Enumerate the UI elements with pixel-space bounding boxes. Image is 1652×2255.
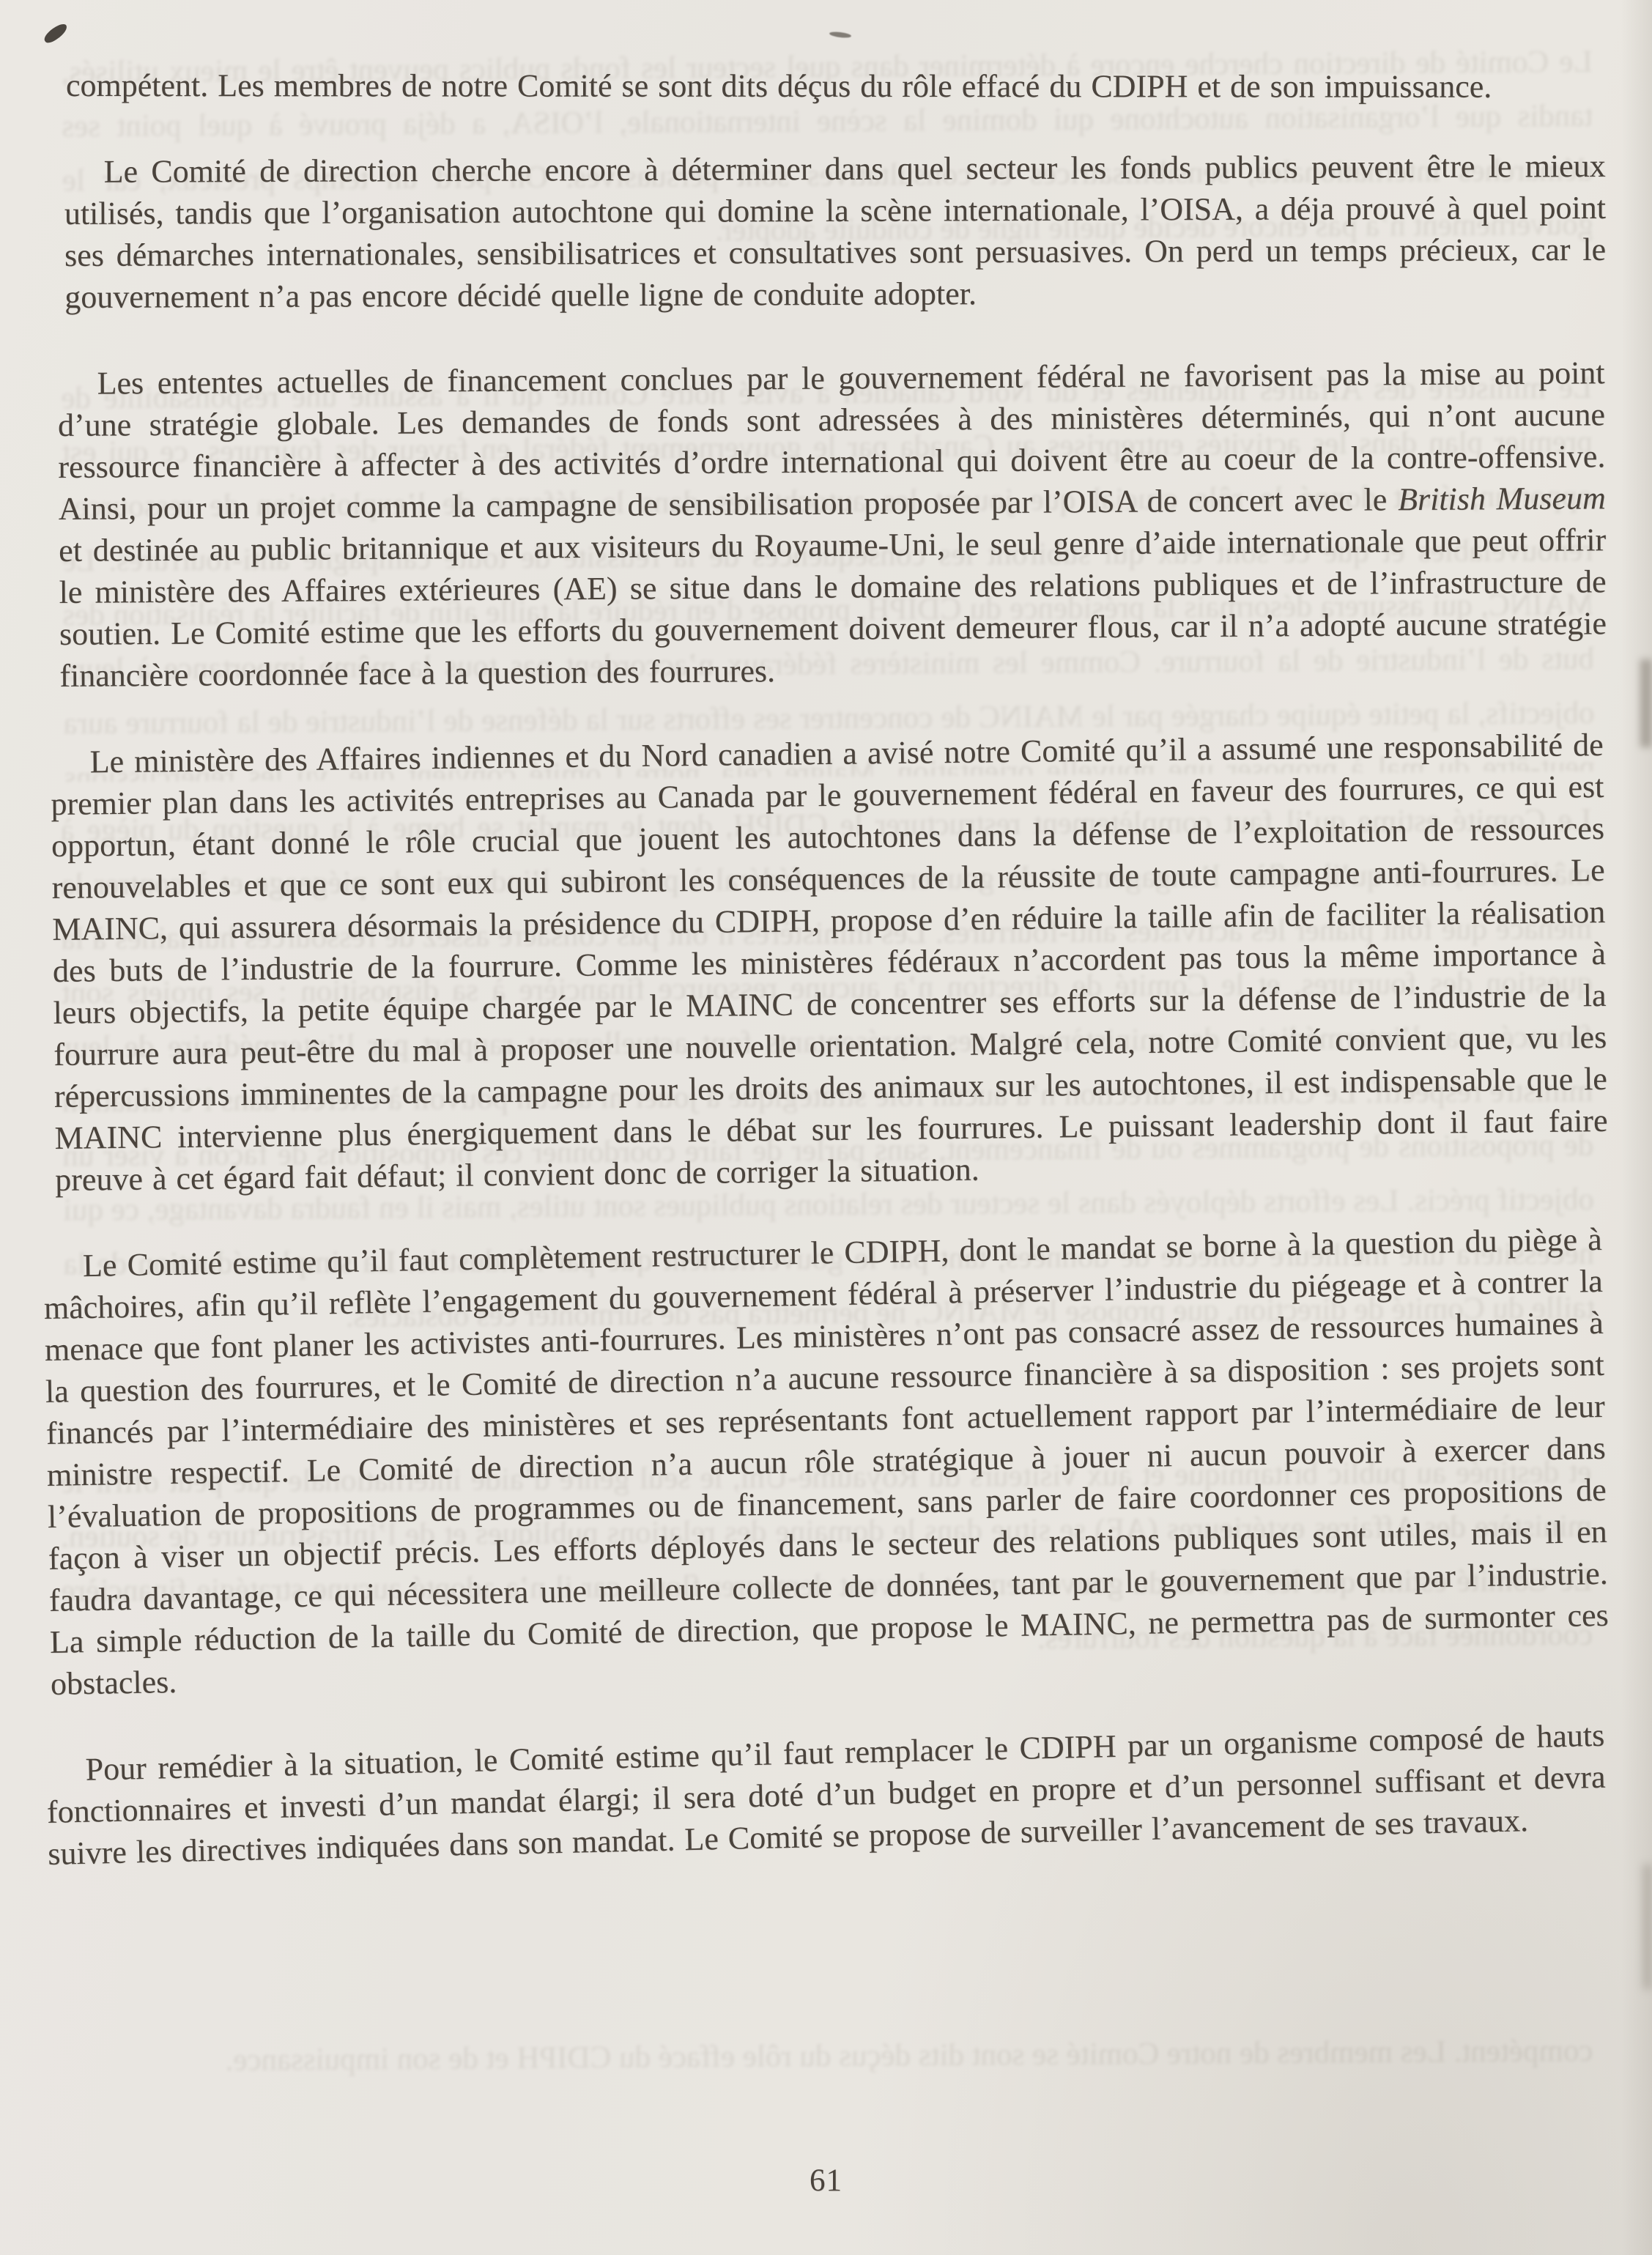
scan-edge-smudge (1643, 1865, 1652, 1989)
scan-speck (42, 21, 70, 45)
scan-speck (829, 31, 852, 39)
scanned-page: Le Comité de direction cherche encore à … (0, 0, 1652, 2255)
paragraph: Le Comité estime qu’il faut complètement… (43, 1218, 1610, 1705)
scan-edge-smudge (1640, 659, 1652, 747)
paragraph-text: et destinée au public britannique et aux… (59, 522, 1607, 694)
page-body: compétent. Les membres de notre Comité s… (47, 64, 1606, 1875)
paragraph: Le Comité de direction cherche encore à … (64, 145, 1607, 318)
italic-british-museum: British Museum (1398, 480, 1606, 517)
paragraph: Les ententes actuelles de financement co… (57, 352, 1607, 697)
page-number: 61 (0, 2163, 1652, 2199)
paragraph: Pour remédier à la situation, le Comité … (45, 1714, 1607, 1875)
paragraph: Le ministère des Affaires indiennes et d… (50, 724, 1608, 1201)
paragraph-text: Les ententes actuelles de financement co… (58, 355, 1606, 527)
paragraph-continuation: compétent. Les membres de notre Comité s… (66, 64, 1606, 108)
